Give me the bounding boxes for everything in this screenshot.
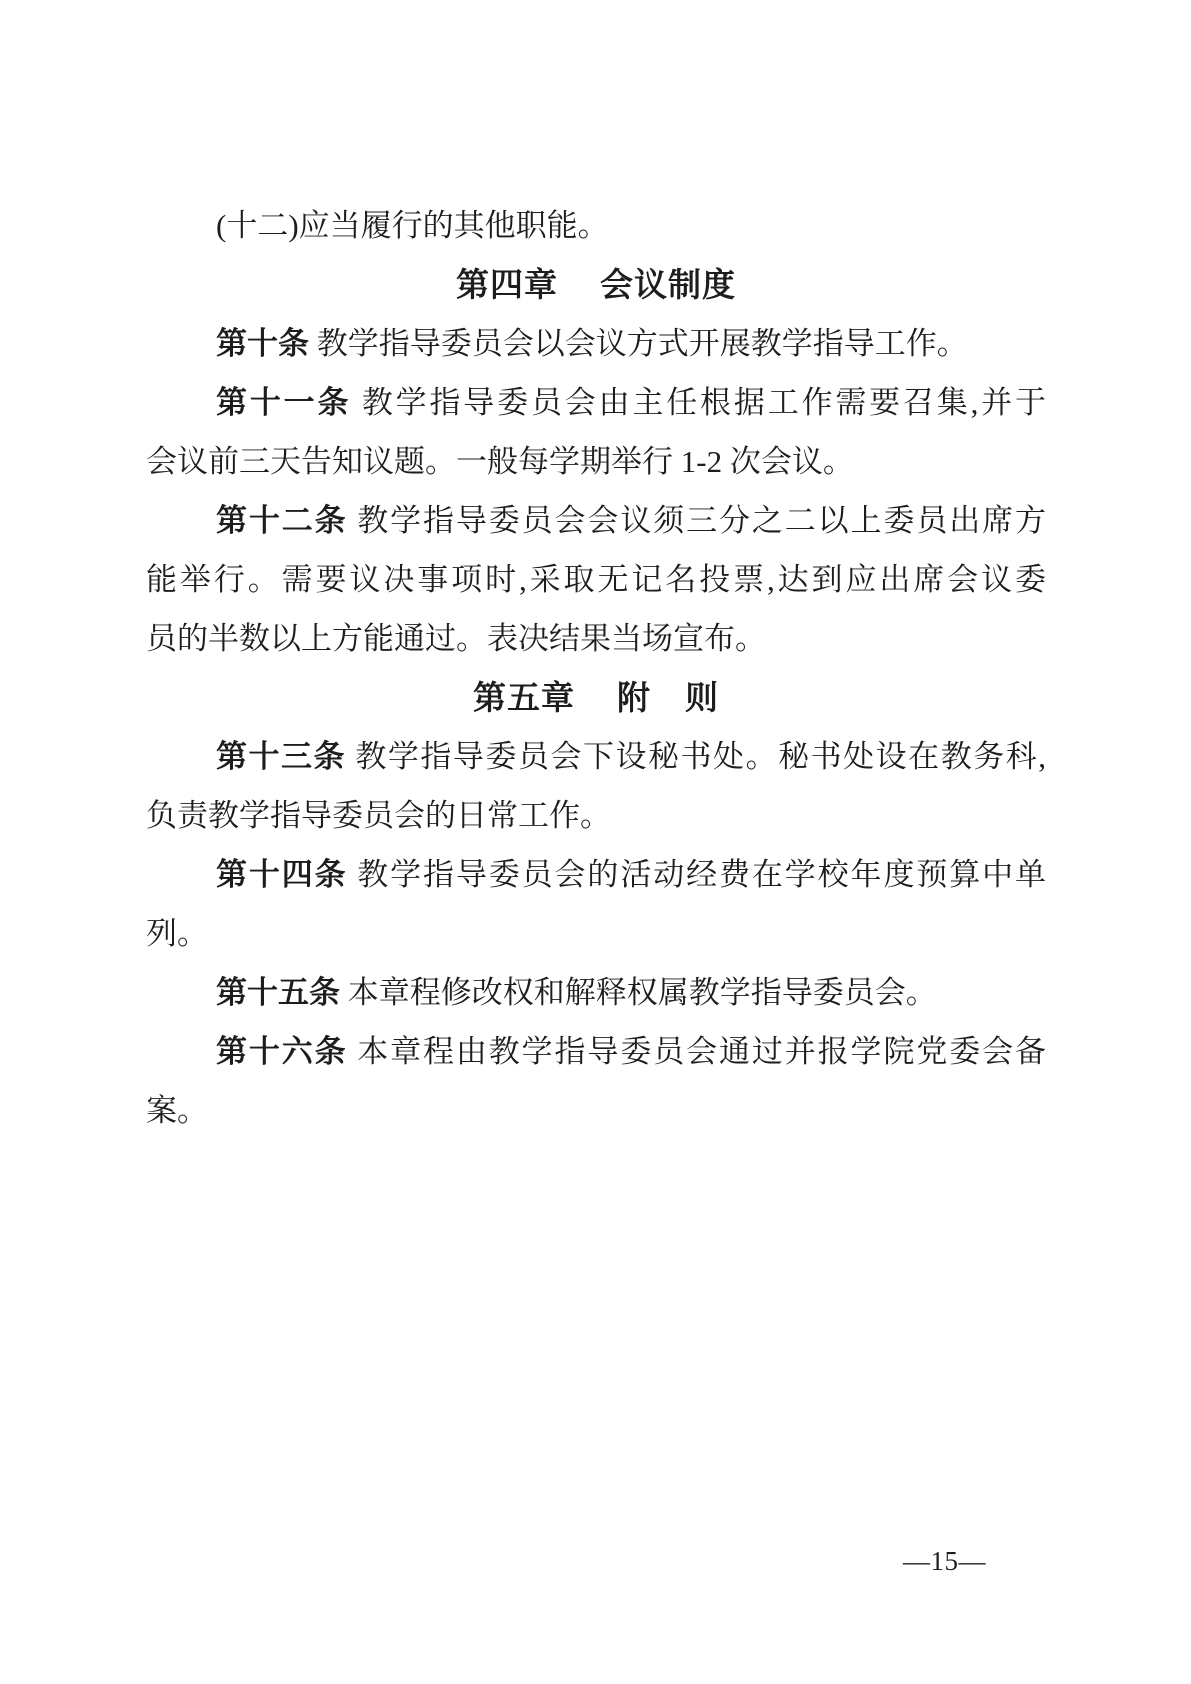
article-text: 员的半数以上方能通过。表决结果当场宣布。 <box>146 621 766 656</box>
paragraph-first-line: 第十二条 教学指导委员会会议须三分之二以上委员出席方 <box>146 491 1046 550</box>
paragraph-first-line: 第十四条 教学指导委员会的活动经费在学校年度预算中单 <box>146 845 1046 904</box>
page-number: —15— <box>903 1546 986 1576</box>
paragraph-first-line: 第十三条 教学指导委员会下设秘书处。秘书处设在教务科, <box>146 727 1046 786</box>
paragraph-line: 负责教学指导委员会的日常工作。 <box>146 786 1046 845</box>
article-text: 负责教学指导委员会的日常工作。 <box>146 798 611 833</box>
article-text: 教学指导委员会下设秘书处。秘书处设在教务科, <box>346 739 1046 774</box>
article-text: 教学指导委员会由主任根据工作需要召集,并于 <box>351 385 1046 420</box>
article-text: 会议前三天告知议题。一般每学期举行 1-2 次会议。 <box>146 444 854 479</box>
article-text: 本章程由教学指导委员会通过并报学院党委会备 <box>348 1034 1046 1069</box>
article-text: (十二)应当履行的其他职能。 <box>216 208 609 243</box>
chapter-heading: 第四章会议制度 <box>146 255 1046 314</box>
paragraph-first-line: 第十五条 本章程修改权和解释权属教学指导委员会。 <box>146 963 1046 1022</box>
chapter-heading: 第五章附 则 <box>146 668 1046 727</box>
document-body: (十二)应当履行的其他职能。第四章会议制度第十条 教学指导委员会以会议方式开展教… <box>146 196 1046 1140</box>
paragraph-line: 会议前三天告知议题。一般每学期举行 1-2 次会议。 <box>146 432 1046 491</box>
article-text: 教学指导委员会以会议方式开展教学指导工作。 <box>309 326 968 361</box>
article-text: 案。 <box>146 1093 208 1128</box>
article-text: 本章程修改权和解释权属教学指导委员会。 <box>340 975 937 1010</box>
article-number-label: 第十条 <box>216 326 309 361</box>
chapter-title: 附 则 <box>617 679 719 716</box>
chapter-title: 会议制度 <box>600 266 736 303</box>
article-number-label: 第十二条 <box>216 503 348 538</box>
paragraph-first-line: (十二)应当履行的其他职能。 <box>146 196 1046 255</box>
article-number-label: 第十四条 <box>216 857 348 892</box>
paragraph-line: 能举行。需要议决事项时,采取无记名投票,达到应出席会议委 <box>146 550 1046 609</box>
paragraph-line: 案。 <box>146 1081 1046 1140</box>
chapter-number: 第四章 <box>456 266 558 303</box>
article-text: 列。 <box>146 916 208 951</box>
paragraph-first-line: 第十一条 教学指导委员会由主任根据工作需要召集,并于 <box>146 373 1046 432</box>
article-text: 教学指导委员会会议须三分之二以上委员出席方 <box>348 503 1046 538</box>
document-page: (十二)应当履行的其他职能。第四章会议制度第十条 教学指导委员会以会议方式开展教… <box>0 0 1191 1684</box>
article-number-label: 第十五条 <box>216 975 340 1010</box>
article-text: 教学指导委员会的活动经费在学校年度预算中单 <box>348 857 1046 892</box>
paragraph-line: 列。 <box>146 904 1046 963</box>
article-number-label: 第十三条 <box>216 739 346 774</box>
paragraph-first-line: 第十六条 本章程由教学指导委员会通过并报学院党委会备 <box>146 1022 1046 1081</box>
paragraph-line: 员的半数以上方能通过。表决结果当场宣布。 <box>146 609 1046 668</box>
paragraph-first-line: 第十条 教学指导委员会以会议方式开展教学指导工作。 <box>146 314 1046 373</box>
article-number-label: 第十六条 <box>216 1034 348 1069</box>
chapter-number: 第五章 <box>473 679 575 716</box>
article-number-label: 第十一条 <box>216 385 351 420</box>
article-text: 能举行。需要议决事项时,采取无记名投票,达到应出席会议委 <box>146 562 1046 597</box>
